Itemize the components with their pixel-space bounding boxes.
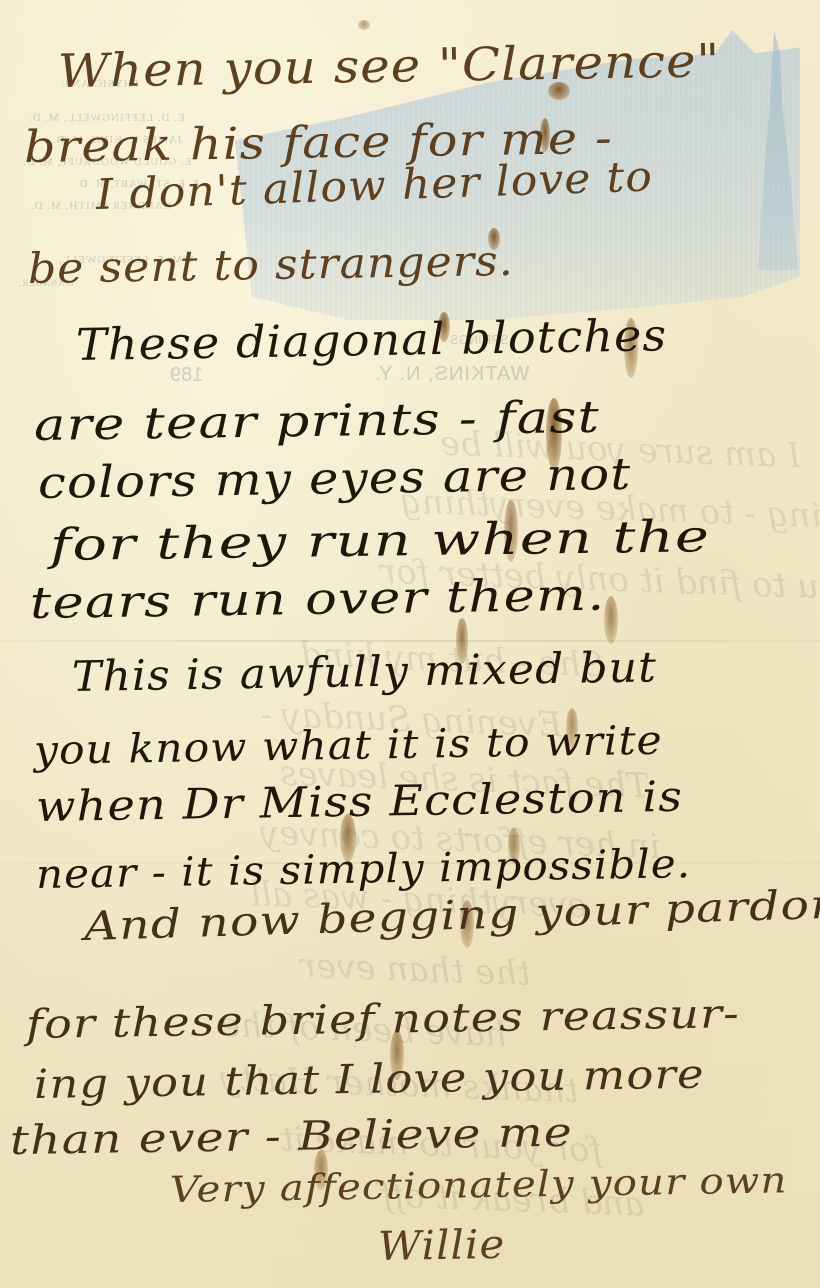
- letter-line: colors my eyes are not: [37, 449, 631, 509]
- letter-line: tears run over them.: [29, 570, 605, 629]
- letter-line: when Dr Miss Eccleston is: [36, 772, 684, 831]
- letter-line: be sent to strangers.: [28, 236, 515, 293]
- letter-line: When you see "Clarence": [57, 33, 720, 98]
- letter-line: ing you that I love you more: [34, 1052, 706, 1108]
- tear-stain: [604, 596, 618, 644]
- letter-line: for they run when the: [49, 511, 710, 571]
- letter-line: than ever - Believe me: [10, 1110, 574, 1164]
- letter-closing: Very affectionately your own: [170, 1160, 788, 1211]
- letter-line: for these brief notes reassur-: [26, 991, 741, 1048]
- letterhead-place: WATKINS, N. Y.: [374, 363, 530, 386]
- letter-line: This is awfully mixed but: [72, 642, 658, 701]
- letter-signature: Willie: [378, 1222, 506, 1270]
- letter-line: These diagonal blotches: [76, 310, 668, 371]
- letter-line: are tear prints - fast: [33, 392, 600, 451]
- show-through-line: the than ever: [299, 946, 531, 994]
- tear-stain: [358, 20, 370, 30]
- letter-page: PHYSICIANS: E. D. LEFFINGWELL, M. D. JAM…: [0, 0, 820, 1288]
